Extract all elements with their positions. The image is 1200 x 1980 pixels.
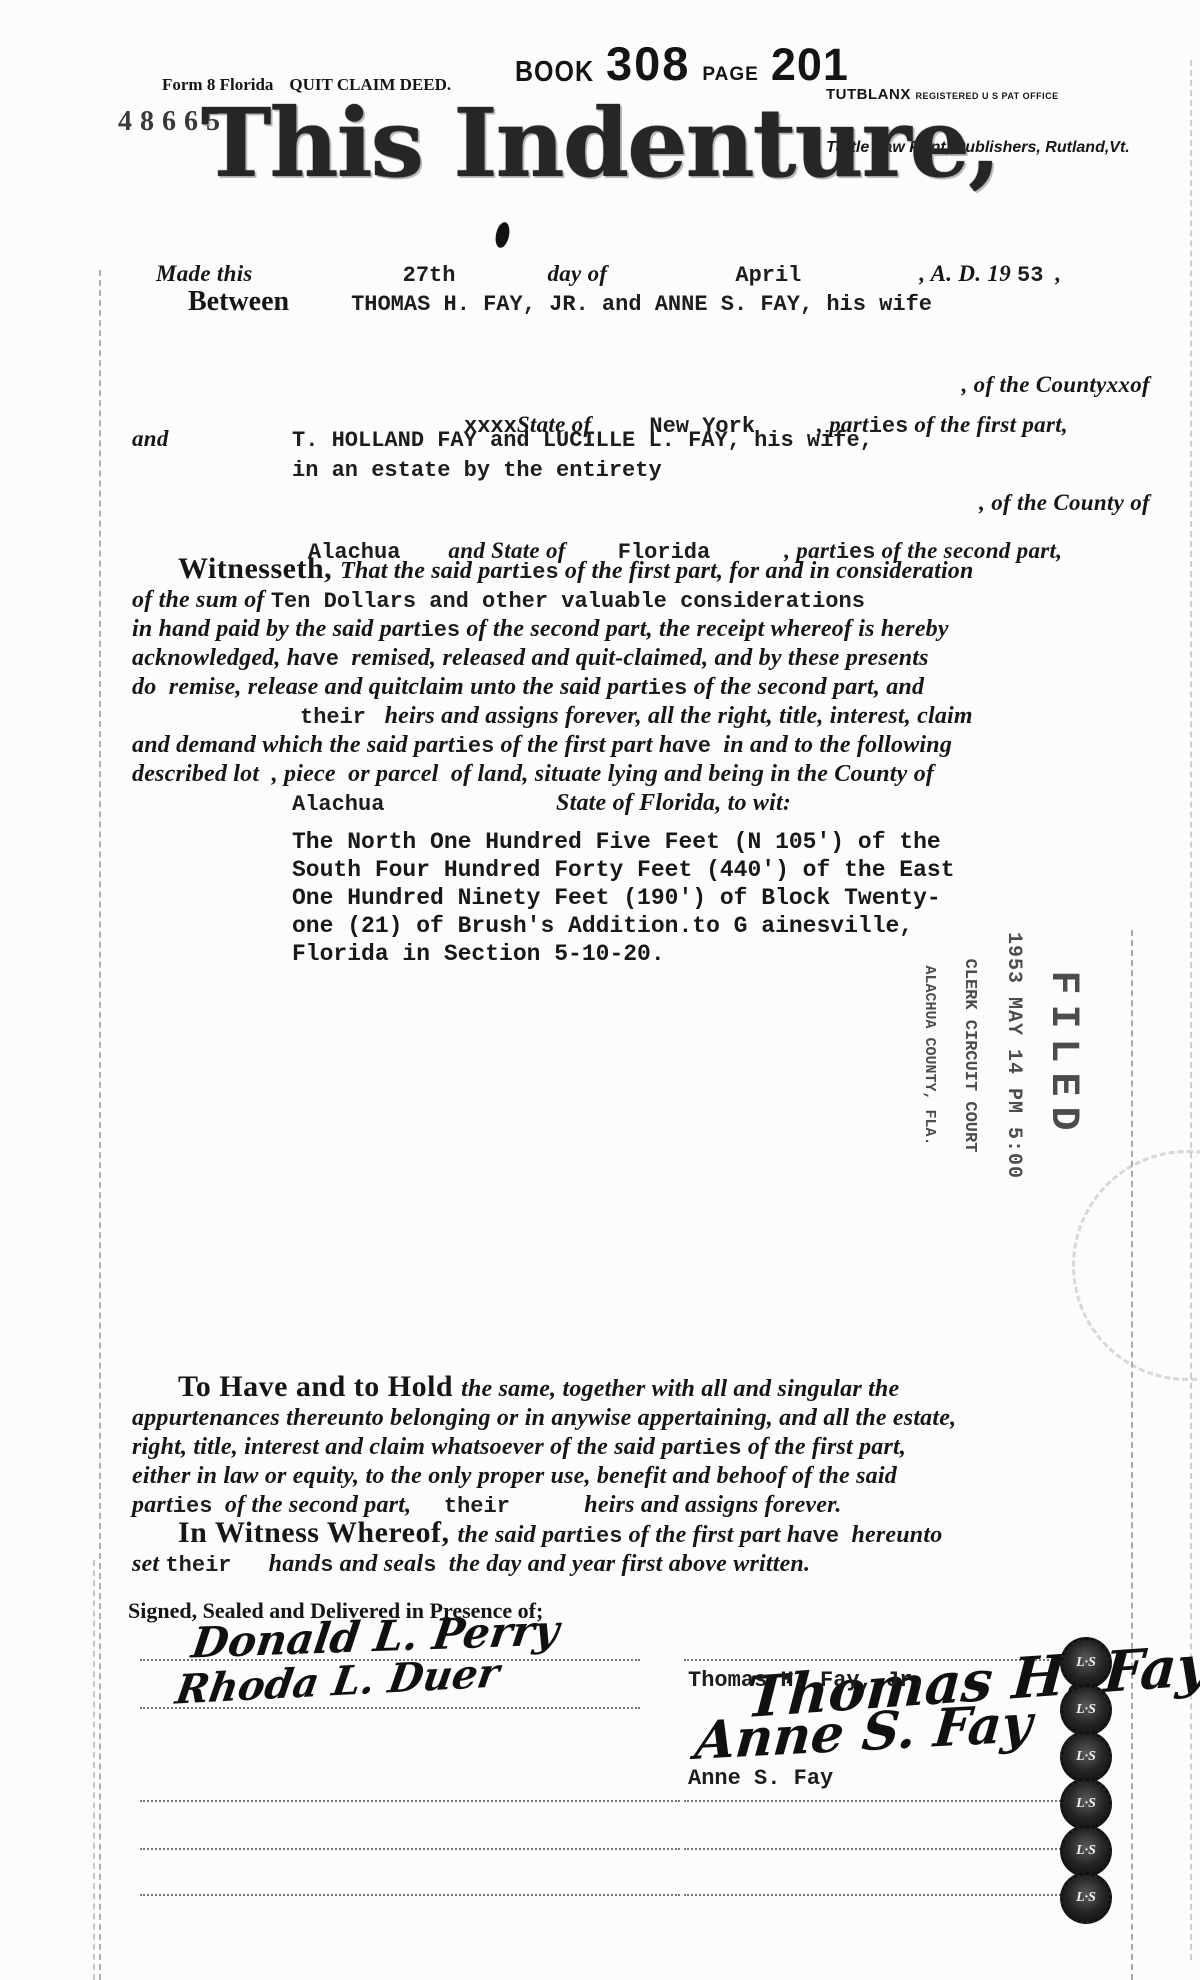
filed-stamp-text: FILED 1953 MAY 14 PM 5:00 CLERK CIRCUIT …: [898, 928, 1088, 1183]
text-segment: set: [132, 1551, 165, 1577]
between-label: Between: [188, 286, 289, 317]
text-segment: To Have and to Hold: [178, 1370, 461, 1403]
stamp-filed: FILED: [1036, 928, 1088, 1183]
parties-first-c: of the first part,: [908, 412, 1068, 437]
county-of-second-part: , of the County of: [830, 490, 1150, 516]
seal-label: L·S: [1076, 1843, 1096, 1859]
text-line: Witnesseth, That the said parties of the…: [132, 556, 1162, 587]
text-segment: Witnesseth,: [178, 552, 340, 585]
text-line: their heirs and assigns forever, all the…: [132, 703, 1162, 732]
text-segment: their: [300, 705, 366, 730]
ls-seal-1: L·S: [1060, 1637, 1112, 1689]
text-segment: s: [423, 1553, 436, 1578]
seal-label: L·S: [1076, 1890, 1096, 1906]
text-segment: of the first part, for and in considerat…: [559, 558, 974, 584]
text-segment: ve: [813, 1524, 839, 1549]
text-segment: That the said part: [340, 558, 519, 584]
ls-seal-5: L·S: [1060, 1825, 1112, 1877]
text-segment: hereunto: [839, 1522, 942, 1548]
text-line: of the sum of Ten Dollars and other valu…: [132, 587, 1162, 616]
stamp-date: 1953 MAY 14 PM 5:00: [990, 928, 1036, 1183]
text-segment: the day and year first above written.: [436, 1551, 810, 1577]
text-line: in hand paid by the said parties of the …: [132, 616, 1162, 645]
filed-stamp: FILED 1953 MAY 14 PM 5:00 CLERK CIRCUIT …: [898, 928, 1088, 1183]
text-segment: hand: [231, 1551, 320, 1577]
text-segment: of the second part, the receipt whereof …: [460, 616, 949, 642]
text-segment: and demand which the said part: [132, 732, 455, 758]
text-segment: of the first part ha: [494, 732, 684, 758]
text-segment: part: [132, 1492, 173, 1518]
ls-seal-2: L·S: [1060, 1684, 1112, 1736]
text-line: The North One Hundred Five Feet (N 105')…: [292, 828, 955, 856]
text-segment: ies: [702, 1436, 742, 1461]
text-segment: of the second part,: [212, 1492, 417, 1518]
signer1-typed-name: Thomas H. Fay, Jr.: [688, 1668, 926, 1693]
signer2-typed-name: Anne S. Fay: [688, 1766, 833, 1791]
notary-seal-impression: [1072, 1150, 1200, 1381]
left-margin-line-2: [93, 1560, 95, 1980]
ls-seal-3: L·S: [1060, 1731, 1112, 1783]
text-line: right, title, interest and claim whatsoe…: [132, 1434, 1162, 1463]
habendum-paragraph: To Have and to Hold the same, together w…: [132, 1374, 1162, 1521]
text-line: described lot , piece or parcel of land,…: [132, 761, 1162, 790]
text-line: One Hundred Ninety Feet (190') of Block …: [292, 884, 955, 912]
text-segment: either in law or equity, to the only pro…: [132, 1463, 897, 1489]
text-segment: remised, released and quit-claimed, and …: [339, 645, 929, 671]
seal-label: L·S: [1076, 1749, 1096, 1765]
text-segment: the same, together with all and singular…: [461, 1376, 899, 1402]
text-segment: do remise, release and quitclaim unto th…: [132, 674, 648, 700]
text-segment: ies: [455, 734, 495, 759]
text-line: either in law or equity, to the only pro…: [132, 1463, 1162, 1492]
text-segment: and seal: [333, 1551, 423, 1577]
ad-label: , A. D. 19: [919, 261, 1011, 286]
text-segment: In Witness Whereof,: [178, 1516, 458, 1549]
witness2-signature-line: [140, 1707, 640, 1709]
text-line: Florida in Section 5-10-20.: [292, 940, 955, 968]
text-segment: heirs and assigns forever, all the right…: [366, 703, 973, 729]
text-line: acknowledged, have remised, released and…: [132, 645, 1162, 674]
trailing-comma: ,: [1055, 261, 1061, 286]
text-segment: appurtenances thereunto belonging or in …: [132, 1405, 956, 1431]
text-segment: of the second part, and: [687, 674, 924, 700]
left-margin-line: [99, 270, 101, 1980]
text-segment: right, title, interest and claim whatsoe…: [132, 1434, 702, 1460]
text-segment: State of Florida, to wit:: [556, 790, 791, 816]
extra-line-right-3: [684, 1894, 1100, 1896]
deed-title: This Indenture,: [150, 88, 1050, 199]
text-segment: Alachua: [292, 792, 556, 817]
text-line: Alachua State of Florida, to wit:: [132, 790, 1162, 819]
book-number: 308: [606, 36, 690, 91]
seal-label: L·S: [1076, 1796, 1096, 1812]
text-line: In Witness Whereof, the said parties of …: [132, 1520, 1162, 1551]
text-line: To Have and to Hold the same, together w…: [132, 1374, 1162, 1405]
text-line: do remise, release and quitclaim unto th…: [132, 674, 1162, 703]
text-segment: ies: [648, 676, 688, 701]
extra-line-right-1: [684, 1800, 1100, 1802]
year-value: 53: [1017, 263, 1043, 288]
text-line: set their hands and seals the day and ye…: [132, 1551, 1162, 1580]
stamp-county: ALACHUA COUNTY, FLA.: [910, 928, 948, 1183]
text-segment: their: [165, 1553, 231, 1578]
extra-line-left-3: [140, 1894, 680, 1896]
deed-page: Form 8 FloridaQUIT CLAIM DEED. BOOK 308 …: [0, 0, 1200, 1980]
text-segment: heirs and assigns forever.: [510, 1492, 842, 1518]
ls-seal-4: L·S: [1060, 1778, 1112, 1830]
second-party-names: T. HOLLAND FAY and LUCILLE L. FAY, his w…: [292, 428, 873, 453]
text-segment: acknowledged, ha: [132, 645, 313, 671]
text-segment: described lot , piece or parcel of land,…: [132, 761, 934, 787]
text-segment: the said part: [458, 1522, 583, 1548]
seal-label: L·S: [1076, 1702, 1096, 1718]
parties-first-b: ies: [869, 414, 909, 439]
and-label: and: [132, 426, 169, 452]
entirety-note: in an estate by the entirety: [292, 458, 662, 483]
text-segment: ve: [685, 734, 711, 759]
text-segment: Ten Dollars and other valuable considera…: [271, 589, 865, 614]
text-segment: of the first part,: [742, 1434, 906, 1460]
text-line: appurtenances thereunto belonging or in …: [132, 1405, 1162, 1434]
extra-line-right-2: [684, 1848, 1100, 1850]
text-segment: of the first part ha: [622, 1522, 812, 1548]
extra-line-left-2: [140, 1848, 680, 1850]
testimonium-paragraph: In Witness Whereof, the said parties of …: [132, 1520, 1162, 1580]
text-segment: ies: [421, 618, 461, 643]
property-description: The North One Hundred Five Feet (N 105')…: [292, 828, 955, 968]
witnesseth-paragraph: Witnesseth, That the said parties of the…: [132, 556, 1162, 819]
extra-line-left-1: [140, 1800, 680, 1802]
text-segment: ve: [313, 647, 339, 672]
first-party-names: THOMAS H. FAY, JR. and ANNE S. FAY, his …: [351, 292, 932, 317]
text-line: one (21) of Brush's Addition.to G ainesv…: [292, 912, 955, 940]
page-label: PAGE: [702, 64, 758, 86]
text-segment: in hand paid by the said part: [132, 616, 421, 642]
text-segment: in and to the following: [711, 732, 952, 758]
stamp-clerk: CLERK CIRCUIT COURT: [948, 928, 990, 1183]
text-segment: ies: [583, 1524, 623, 1549]
text-segment: ies: [519, 560, 559, 585]
text-line: and demand which the said parties of the…: [132, 732, 1162, 761]
seal-label: L·S: [1076, 1655, 1096, 1671]
ls-seal-6: L·S: [1060, 1872, 1112, 1924]
text-line: South Four Hundred Forty Feet (440') of …: [292, 856, 955, 884]
text-segment: s: [320, 1553, 333, 1578]
text-segment: of the sum of: [132, 587, 271, 613]
book-label: BOOK: [515, 56, 594, 89]
between-line: BetweenTHOMAS H. FAY, JR. and ANNE S. FA…: [172, 268, 932, 336]
book-page-stamp: BOOK 308 PAGE 201: [515, 36, 849, 91]
